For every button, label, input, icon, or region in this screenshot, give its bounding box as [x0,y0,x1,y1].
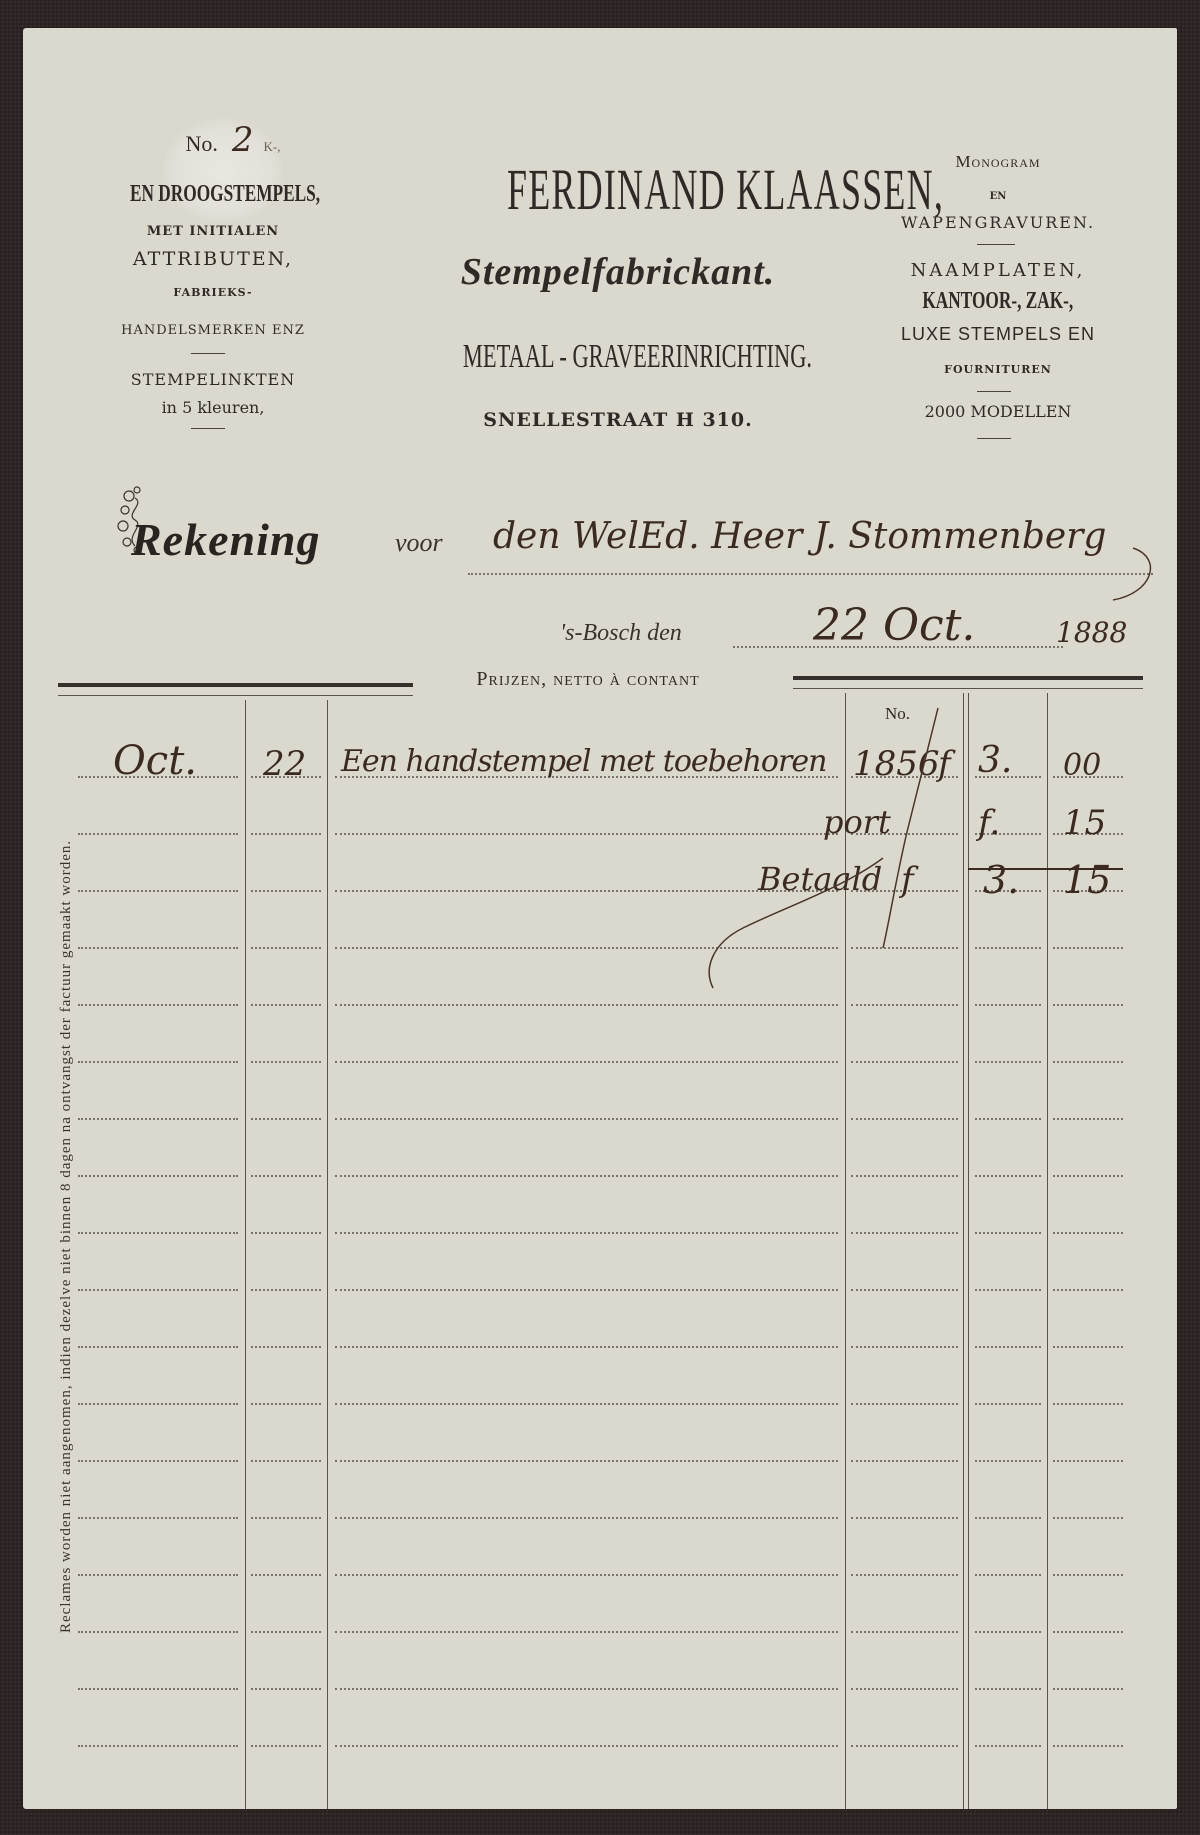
row-rule [335,1061,838,1063]
row-rule [335,1631,838,1633]
row-rule [851,1460,958,1462]
row-rule [78,1232,238,1234]
row-rule [851,1517,958,1519]
row-rule [851,1574,958,1576]
row-rule [1053,1175,1123,1177]
row-rule [1053,1517,1123,1519]
handwriting-flourish-icon [23,28,1177,1028]
row-rule [78,1403,238,1405]
row-rule [851,1118,958,1120]
row-rule [851,1745,958,1747]
row-rule [975,1631,1041,1633]
row-rule [1053,1631,1123,1633]
row-rule [851,1631,958,1633]
row-rule [1053,1232,1123,1234]
row-rule [1053,1118,1123,1120]
row-rule [78,1289,238,1291]
row-rule [335,1175,838,1177]
row-rule [251,1061,321,1063]
row-rule [78,1688,238,1690]
row-rule [251,1688,321,1690]
row-rule [1053,1061,1123,1063]
row-rule [975,1289,1041,1291]
row-rule [1053,1403,1123,1405]
row-rule [78,1631,238,1633]
row-rule [851,1175,958,1177]
row-rule [851,1232,958,1234]
row-rule [251,1574,321,1576]
row-rule [851,1289,958,1291]
row-rule [1053,1745,1123,1747]
row-rule [335,1346,838,1348]
row-rule [251,1175,321,1177]
row-rule [975,1460,1041,1462]
row-rule [975,1688,1041,1690]
row-rule [851,1403,958,1405]
row-rule [78,1517,238,1519]
row-rule [335,1232,838,1234]
row-rule [975,1346,1041,1348]
row-rule [78,1175,238,1177]
row-rule [251,1346,321,1348]
row-rule [335,1745,838,1747]
row-rule [975,1232,1041,1234]
row-rule [851,1346,958,1348]
row-rule [335,1688,838,1690]
row-rule [1053,1289,1123,1291]
row-rule [975,1118,1041,1120]
row-rule [1053,1688,1123,1690]
row-rule [78,1346,238,1348]
row-rule [251,1631,321,1633]
row-rule [78,1745,238,1747]
row-rule [1053,1346,1123,1348]
row-rule [975,1175,1041,1177]
row-rule [335,1574,838,1576]
row-rule [78,1460,238,1462]
row-rule [335,1118,838,1120]
row-rule [78,1061,238,1063]
row-rule [251,1745,321,1747]
row-rule [975,1574,1041,1576]
row-rule [975,1061,1041,1063]
row-rule [335,1403,838,1405]
row-rule [975,1745,1041,1747]
row-rule [851,1061,958,1063]
row-rule [851,1688,958,1690]
row-rule [335,1517,838,1519]
margin-note: Reclames worden niet aangenomen, indien … [58,913,78,1633]
row-rule [1053,1574,1123,1576]
row-rule [335,1289,838,1291]
invoice-paper: No. 2 K-, EN DROOGSTEMPELS, MET INITIALE… [23,28,1177,1809]
row-rule [251,1232,321,1234]
row-rule [251,1460,321,1462]
row-rule [975,1517,1041,1519]
row-rule [251,1289,321,1291]
row-rule [251,1118,321,1120]
row-rule [975,1403,1041,1405]
row-rule [335,1460,838,1462]
row-rule [78,1118,238,1120]
row-rule [78,1574,238,1576]
row-rule [1053,1460,1123,1462]
row-rule [251,1517,321,1519]
row-rule [251,1403,321,1405]
